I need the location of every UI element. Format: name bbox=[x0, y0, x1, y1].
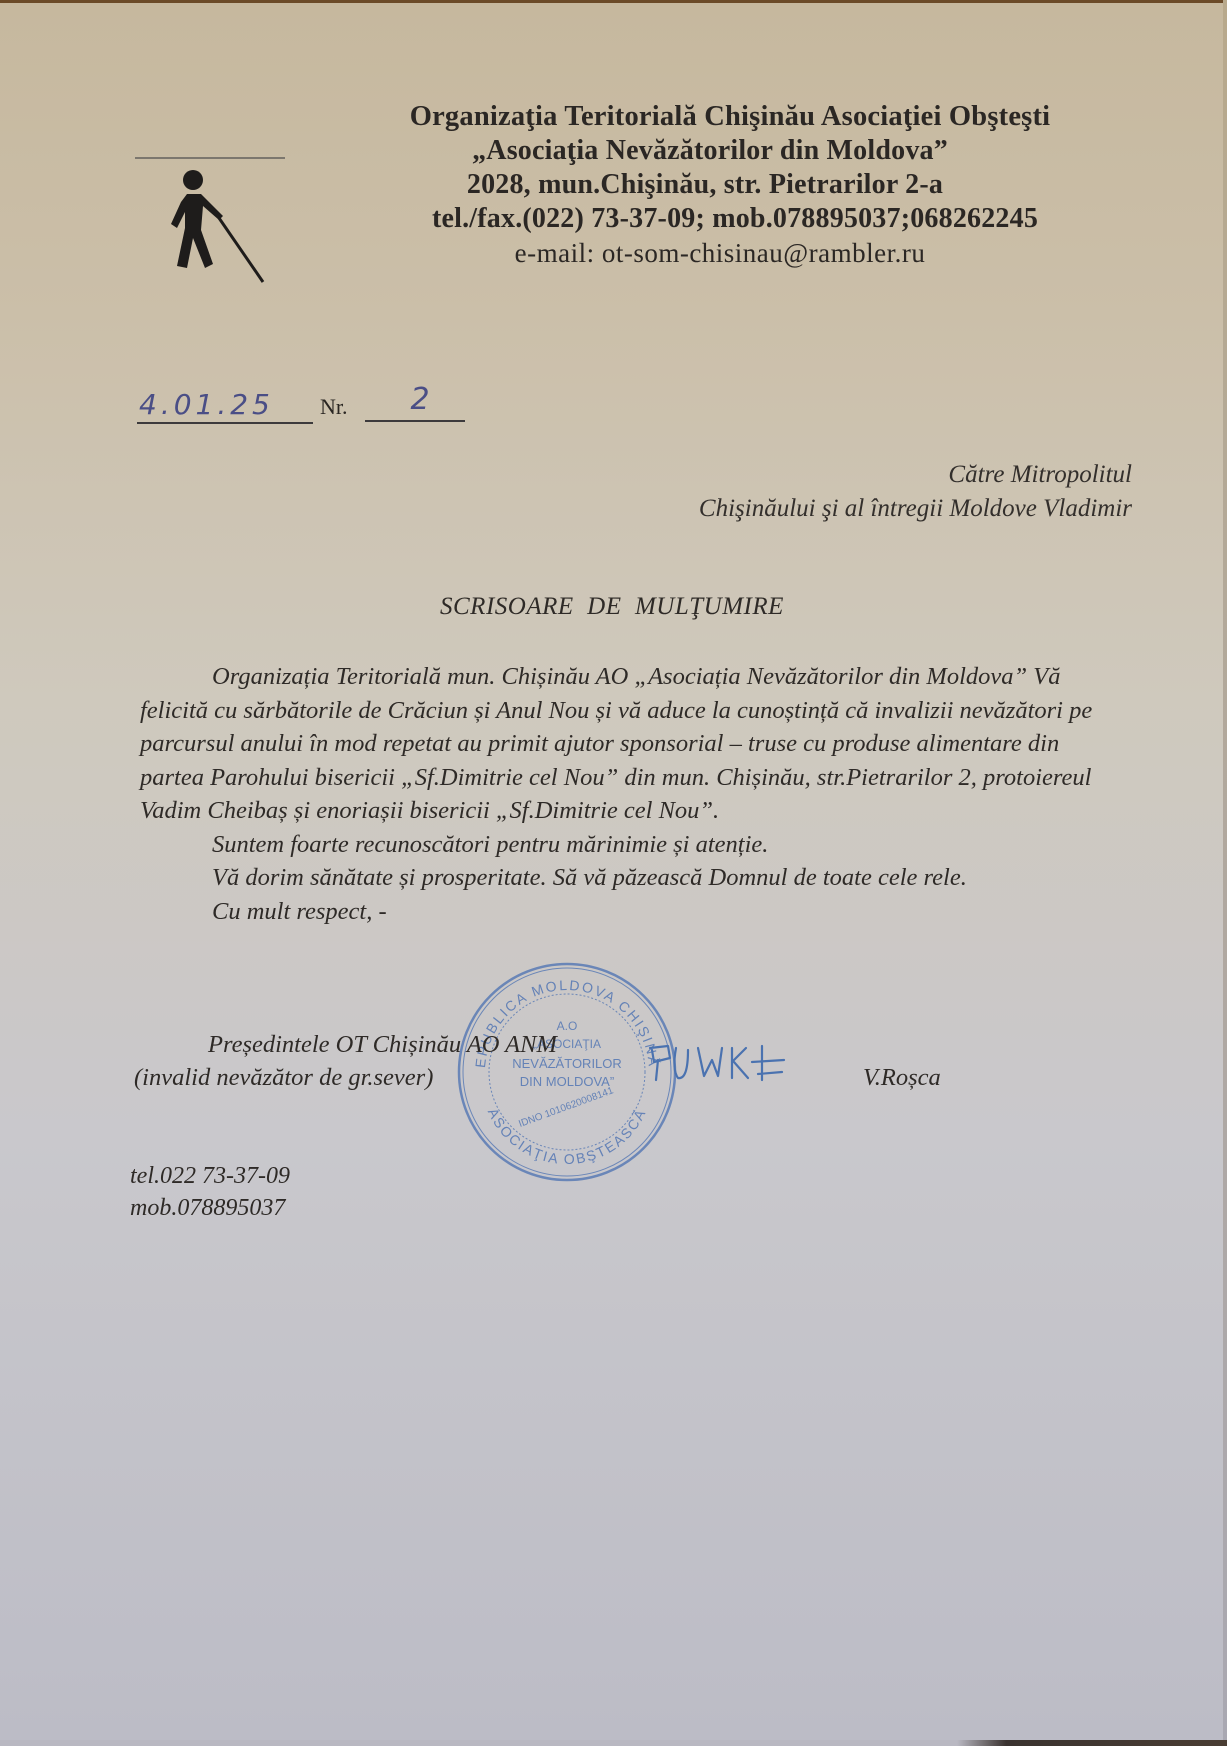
letter-body: Organizația Teritorială mun. Chișinău AO… bbox=[140, 660, 1100, 928]
signatory-name: V.Roșca bbox=[863, 1064, 941, 1092]
nr-underline bbox=[365, 420, 465, 422]
signatory-title: Președintele OT Chișinău AO ANM bbox=[208, 1031, 557, 1059]
svg-text:DIN MOLDOVA”: DIN MOLDOVA” bbox=[520, 1074, 614, 1089]
org-name-line-1: Organizaţia Teritorială Chişinău Asociaţ… bbox=[340, 100, 1120, 134]
handwritten-nr: 2 bbox=[380, 382, 460, 417]
addressee-line-1: Către Mitropolitul bbox=[699, 458, 1132, 492]
addressee-line-2: Chişinăului şi al întregii Moldove Vladi… bbox=[699, 492, 1132, 526]
logo-rule bbox=[135, 157, 285, 159]
paper-top-edge bbox=[0, 0, 1227, 3]
nr-label: Nr. bbox=[320, 394, 348, 420]
wishes-line: Vă dorim sănătate și prosperitate. Să vă… bbox=[140, 861, 1100, 895]
signatory-subtitle: (invalid nevăzător de gr.sever) bbox=[134, 1064, 433, 1092]
org-phones: tel./fax.(022) 73-37-09; mob.078895037;0… bbox=[350, 202, 1120, 236]
closing-line: Cu mult respect, - bbox=[140, 895, 1100, 929]
body-paragraph: Organizația Teritorială mun. Chișinău AO… bbox=[140, 660, 1100, 828]
addressee: Către Mitropolitul Chişinăului şi al înt… bbox=[699, 458, 1132, 526]
paper-right-edge bbox=[1223, 0, 1227, 1746]
svg-text:IDNO 1010620008141: IDNO 1010620008141 bbox=[517, 1085, 615, 1130]
letterhead: Organizaţia Teritorială Chişinău Asociaţ… bbox=[340, 100, 1120, 270]
org-name-line-2: „Asociaţia Nevăzătorilor din Moldova” bbox=[300, 134, 1120, 168]
svg-text:ASOCIAŢIA OBŞTEASCĂ: ASOCIAŢIA OBŞTEASCĂ bbox=[485, 1105, 649, 1167]
document-title: SCRISOARE DE MULŢUMIRE bbox=[440, 593, 784, 621]
org-email: e-mail: ot-som-chisinau@rambler.ru bbox=[320, 236, 1120, 270]
contacts-footer: tel.022 73-37-09 mob.078895037 bbox=[130, 1160, 290, 1224]
blind-person-with-cane-icon bbox=[165, 168, 265, 286]
official-stamp: REPUBLICA MOLDOVA CHIŞINĂU ASOCIAŢIA OBŞ… bbox=[455, 960, 680, 1185]
contact-mob: mob.078895037 bbox=[130, 1192, 290, 1224]
svg-text:A.O: A.O bbox=[557, 1019, 578, 1033]
contact-tel: tel.022 73-37-09 bbox=[130, 1160, 290, 1192]
org-address: 2028, mun.Chişinău, str. Pietrarilor 2-a bbox=[290, 168, 1120, 202]
paper-bottom-edge bbox=[0, 1740, 1227, 1746]
thanks-line: Suntem foarte recunoscători pentru mărin… bbox=[140, 828, 1100, 862]
handwritten-date: 4.01.25 bbox=[139, 388, 314, 421]
reference-line: 4.01.25 Nr. 2 bbox=[135, 388, 475, 428]
date-underline bbox=[137, 422, 313, 424]
handwritten-signature bbox=[648, 1040, 788, 1090]
